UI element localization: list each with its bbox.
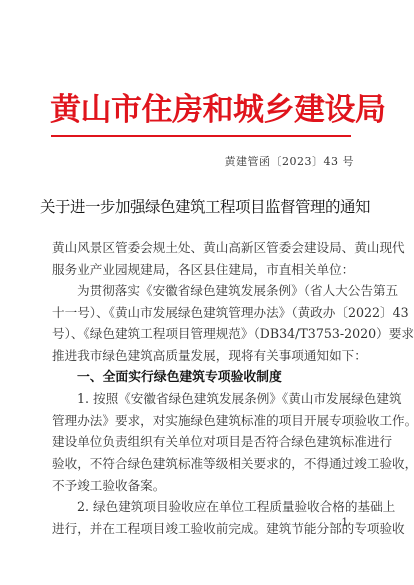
intro-line: 推进我市绿色建筑高质量发展，现将有关事项通知如下： xyxy=(52,345,362,367)
page-number: - 1 - xyxy=(330,516,361,529)
document-number: 黄建管函〔2023〕43 号 xyxy=(225,154,355,170)
item-1-line: 1. 按照《安徽省绿色建筑发展条例》《黄山市发展绿色建筑 xyxy=(52,388,362,410)
intro-line: 号）、《绿色建筑工程项目管理规范》（DB34/T3753-2020）要求， xyxy=(52,323,362,345)
item-1-line: 建设单位负责组织有关单位对项目是否符合绿色建筑标准进行 xyxy=(52,431,362,453)
addressee-line: 黄山风景区管委会规土处、黄山高新区管委会建设局、黄山现代 xyxy=(52,237,362,259)
notice-title: 关于进一步加强绿色建筑工程项目监督管理的通知 xyxy=(40,197,370,217)
item-1-line: 不予竣工验收备案。 xyxy=(52,475,362,497)
item-1-line: 验收，不符合绿色建筑标准等级相关要求的，不得通过竣工验收， xyxy=(52,453,362,475)
section-heading: 一、全面实行绿色建筑专项验收制度 xyxy=(52,367,362,389)
item-2-line: 进行，并在工程项目竣工验收前完成。建筑节能分部的专项验收 xyxy=(52,518,362,540)
item-1-line: 管理办法》要求，对实施绿色建筑标准的项目开展专项验收工作。 xyxy=(52,410,362,432)
item-2-line: 2. 绿色建筑项目验收应在单位工程质量验收合格的基础上 xyxy=(52,496,362,518)
issuing-authority-title: 黄山市住房和城乡建设局 xyxy=(50,90,352,130)
document-page: 黄山市住房和城乡建设局 黄建管函〔2023〕43 号 关于进一步加强绿色建筑工程… xyxy=(0,0,414,585)
intro-line: 为贯彻落实《安徽省绿色建筑发展条例》（省人大公告第五 xyxy=(52,280,362,302)
document-body: 黄山风景区管委会规土处、黄山高新区管委会建设局、黄山现代 服务业产业园规建局，各… xyxy=(52,237,362,539)
addressee-line: 服务业产业园规建局，各区县住建局，市直相关单位： xyxy=(52,259,362,281)
red-header-divider xyxy=(51,135,351,137)
intro-line: 十一号）、《黄山市发展绿色建筑管理办法》（黄政办〔2022〕43 xyxy=(52,302,362,324)
